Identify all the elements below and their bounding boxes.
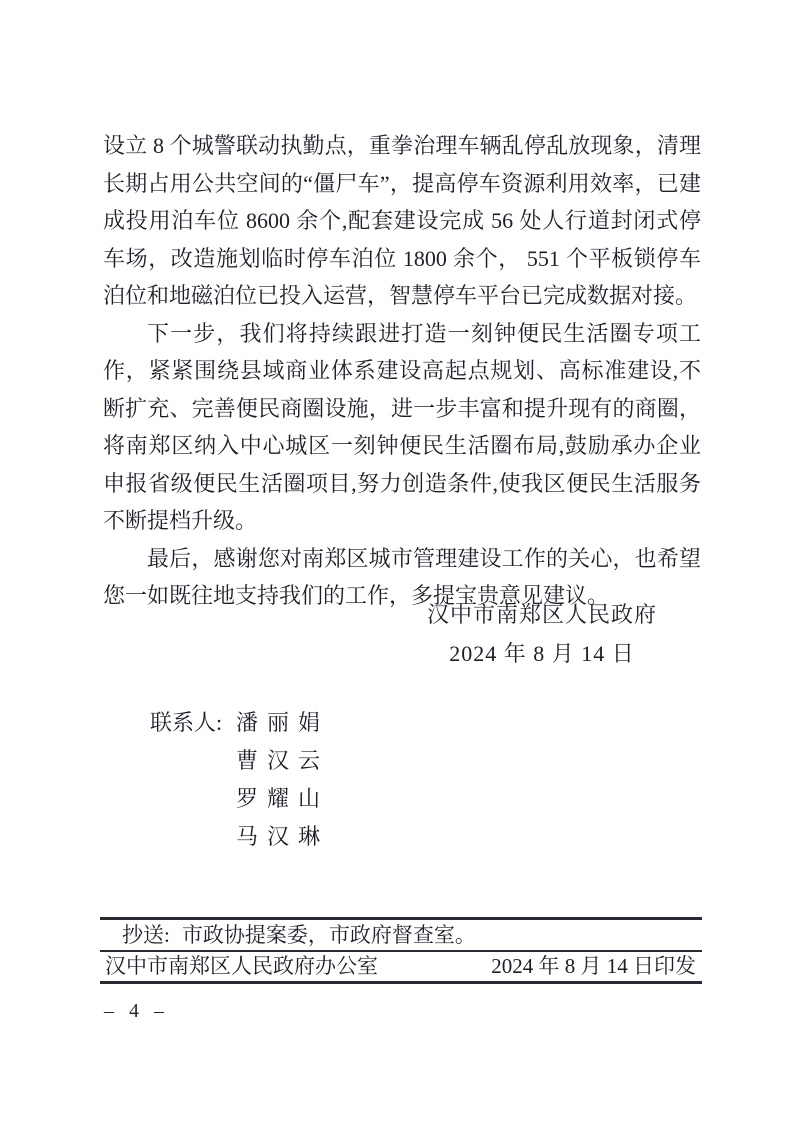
contact-name-4: 马汉琳 xyxy=(236,820,329,851)
cc-text: 市政协提案委，市政府督查室。 xyxy=(182,923,476,947)
body-paragraph-1: 设立 8 个城警联动执勤点，重拳治理车辆乱停乱放现象，清理长期占用公共空间的“僵… xyxy=(103,127,701,315)
contact-label: 联系人: xyxy=(150,706,236,737)
contacts-block: 联系人: 潘丽娟 曹汉云 罗耀山 马汉琳 xyxy=(150,702,329,854)
contact-row: 马汉琳 xyxy=(150,816,329,854)
contact-row: 联系人: 潘丽娟 xyxy=(150,702,329,740)
contact-row: 罗耀山 xyxy=(150,778,329,816)
footer-rule-bottom xyxy=(100,981,702,984)
letter-body: 设立 8 个城警联动执勤点，重拳治理车辆乱停乱放现象，清理长期占用公共空间的“僵… xyxy=(103,127,701,615)
page-number: – 4 – xyxy=(104,1000,169,1023)
document-page: 设立 8 个城警联动执勤点，重拳治理车辆乱停乱放现象，清理长期占用公共空间的“僵… xyxy=(0,0,792,1121)
signature-block: 汉中市南郑区人民政府 2024 年 8 月 14 日 xyxy=(402,601,682,668)
print-date: 2024 年 8 月 14 日印发 xyxy=(491,952,696,981)
cc-row: 抄送:市政协提案委，市政府督查室。 xyxy=(100,920,702,950)
issuing-office: 汉中市南郑区人民政府办公室 xyxy=(105,952,378,981)
issuer-name: 汉中市南郑区人民政府 xyxy=(402,601,682,629)
cc-label: 抄送: xyxy=(122,923,170,947)
office-row: 汉中市南郑区人民政府办公室 2024 年 8 月 14 日印发 xyxy=(100,952,702,981)
contact-row: 曹汉云 xyxy=(150,740,329,778)
contact-name-3: 罗耀山 xyxy=(236,782,329,813)
contact-name-2: 曹汉云 xyxy=(236,744,329,775)
body-paragraph-2: 下一步，我们将持续跟进打造一刻钟便民生活圈专项工作，紧紧围绕县域商业体系建设高起… xyxy=(103,315,701,540)
document-footer: 抄送:市政协提案委，市政府督查室。 汉中市南郑区人民政府办公室 2024 年 8… xyxy=(100,917,702,984)
contact-name-1: 潘丽娟 xyxy=(236,706,329,737)
signature-date: 2024 年 8 月 14 日 xyxy=(402,640,682,668)
